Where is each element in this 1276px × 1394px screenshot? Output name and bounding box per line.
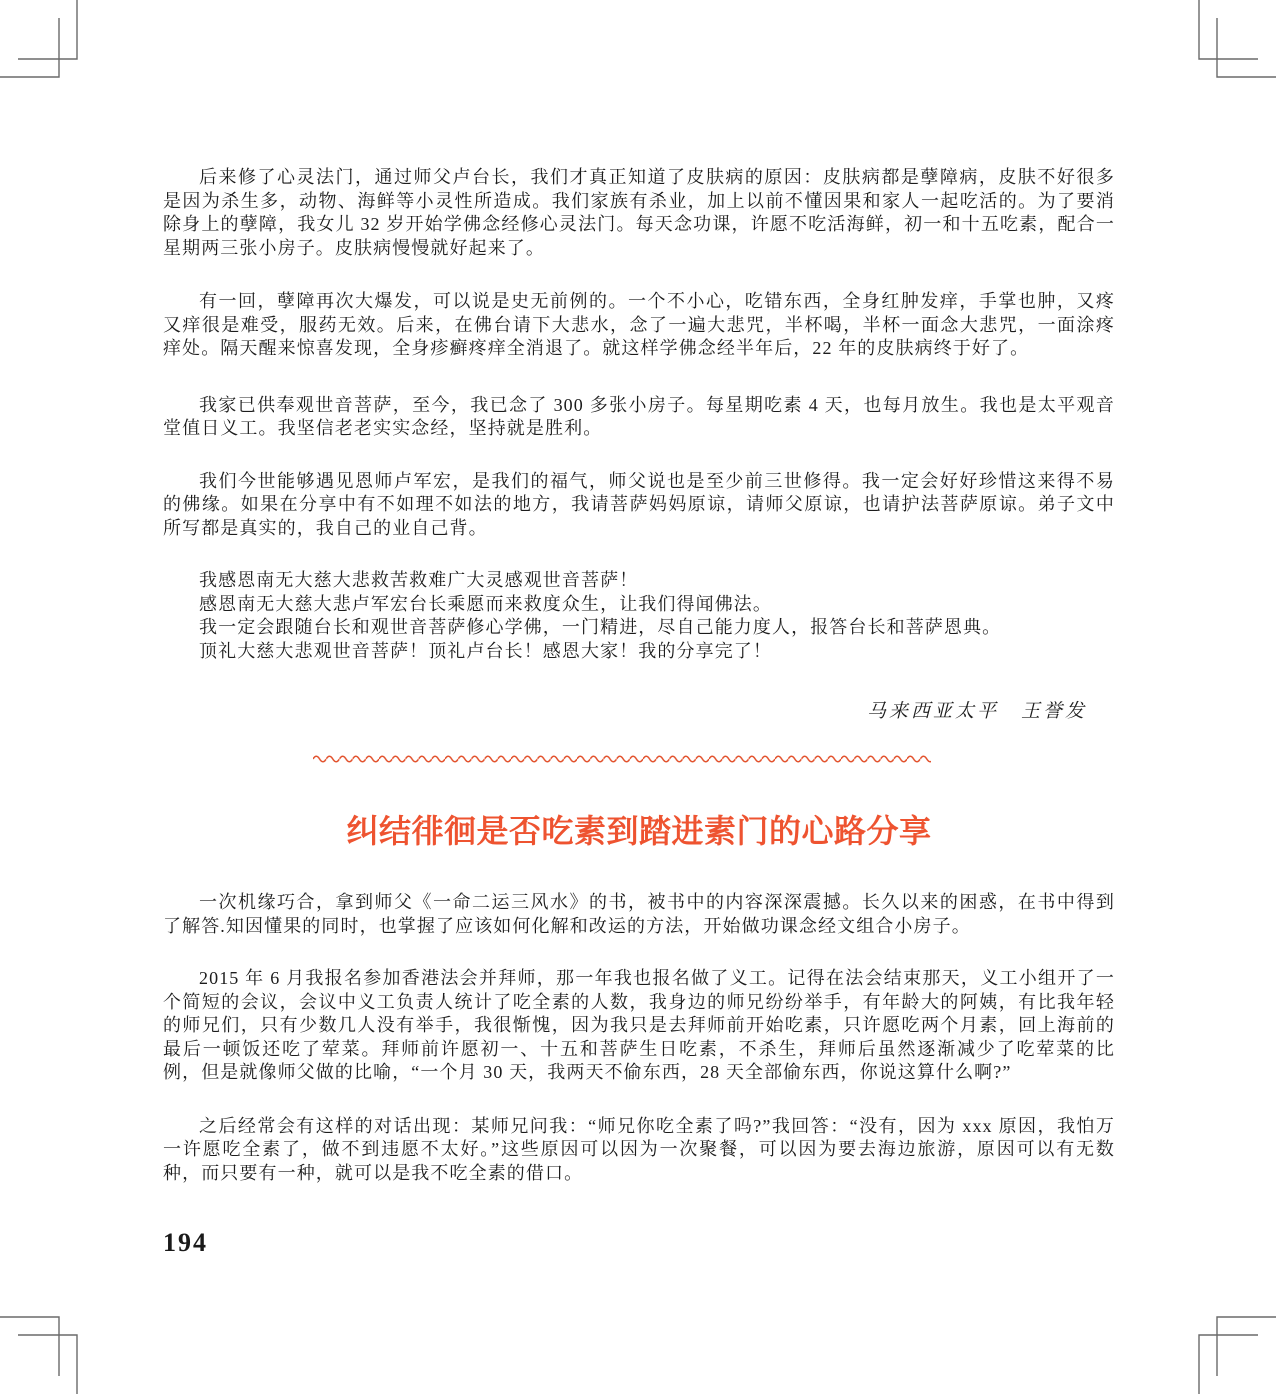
author-signature: 马来西亚太平 王誉发 (163, 696, 1115, 723)
paragraph: 之后经常会有这样的对话出现：某师兄问我：“师兄你吃全素了吗?”我回答：“没有，因… (163, 1115, 1115, 1186)
page-number: 194 (163, 1228, 208, 1258)
paragraph: 后来修了心灵法门，通过师父卢台长，我们才真正知道了皮肤病的原因：皮肤病都是孽障病… (163, 166, 1115, 260)
gratitude-lines: 我感恩南无大慈大悲救苦救难广大灵感观世音菩萨！ 感恩南无大慈大悲卢军宏台长乘愿而… (163, 569, 1115, 663)
paragraph: 我家已供奉观世音菩萨，至今，我已念了 300 多张小房子。每星期吃素 4 天，也… (163, 394, 1115, 441)
crop-mark-bottom-left (0, 1304, 90, 1394)
gratitude-line: 我一定会跟随台长和观世音菩萨修心学佛，一门精进，尽自己能力度人，报答台长和菩萨恩… (163, 616, 1115, 640)
crop-mark-top-left (0, 0, 90, 90)
paragraph: 2015 年 6 月我报名参加香港法会并拜师，那一年我也报名做了义工。记得在法会… (163, 967, 1115, 1085)
crop-mark-top-right (1186, 0, 1276, 90)
paragraph: 一次机缘巧合，拿到师父《一命二运三风水》的书，被书中的内容深深震撼。长久以来的困… (163, 891, 1115, 938)
paragraph: 有一回，孽障再次大爆发，可以说是史无前例的。一个不小心，吃错东西，全身红肿发痒，… (163, 290, 1115, 361)
gratitude-line: 我感恩南无大慈大悲救苦救难广大灵感观世音菩萨！ (163, 569, 1115, 593)
wavy-divider (313, 753, 931, 765)
crop-mark-bottom-right (1186, 1304, 1276, 1394)
gratitude-line: 顶礼大慈大悲观世音菩萨！顶礼卢台长！感恩大家！我的分享完了！ (163, 640, 1115, 664)
paragraph: 我们今世能够遇见恩师卢军宏，是我们的福气，师父说也是至少前三世修得。我一定会好好… (163, 470, 1115, 541)
gratitude-line: 感恩南无大慈大悲卢军宏台长乘愿而来救度众生，让我们得闻佛法。 (163, 593, 1115, 617)
page-body: 后来修了心灵法门，通过师父卢台长，我们才真正知道了皮肤病的原因：皮肤病都是孽障病… (163, 166, 1115, 1185)
section-title: 纠结徘徊是否吃素到踏进素门的心路分享 (163, 811, 1115, 851)
